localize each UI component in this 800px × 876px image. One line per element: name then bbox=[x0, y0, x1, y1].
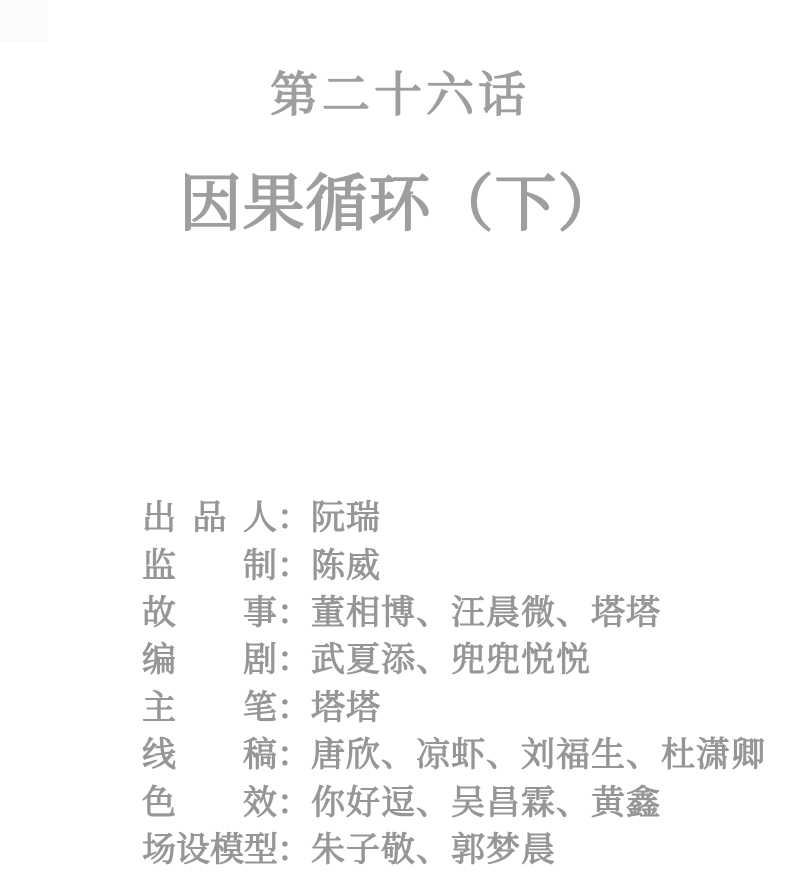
credit-colon: ： bbox=[277, 632, 311, 681]
credit-row-supervisor: 监制：陈威 bbox=[142, 538, 766, 585]
credit-names: 朱子敬、郭梦晨 bbox=[311, 822, 556, 871]
credit-names: 你好逗、吴昌霖、黄鑫 bbox=[311, 775, 661, 824]
credit-row-color-effects: 色效：你好逗、吴昌霖、黄鑫 bbox=[142, 775, 766, 822]
credit-row-lineart: 线稿：唐欣、凉虾、刘福生、杜潇卿 bbox=[142, 728, 766, 775]
credit-colon: ： bbox=[277, 727, 311, 776]
credit-colon: ： bbox=[277, 585, 311, 634]
credit-role-label: 出品人 bbox=[142, 490, 277, 539]
credit-row-screenwriter: 编剧：武夏添、兜兜悦悦 bbox=[142, 633, 766, 680]
credit-names: 陈威 bbox=[311, 538, 381, 587]
credit-colon: ： bbox=[277, 680, 311, 729]
chapter-title: 因果循环（下） bbox=[0, 174, 800, 236]
corner-artifact bbox=[0, 0, 48, 42]
credit-row-producer: 出品人：阮瑞 bbox=[142, 491, 766, 538]
credit-role-label: 主笔 bbox=[142, 680, 277, 729]
credit-role-label: 线稿 bbox=[142, 727, 277, 776]
credit-role-label: 监制 bbox=[142, 538, 277, 587]
credit-role-label: 编剧 bbox=[142, 632, 277, 681]
chapter-number: 第二十六话 bbox=[0, 72, 800, 120]
credit-row-story: 故事：董相博、汪晨微、塔塔 bbox=[142, 586, 766, 633]
credits-list: 出品人：阮瑞 监制：陈威 故事：董相博、汪晨微、塔塔 编剧：武夏添、兜兜悦悦 主… bbox=[142, 491, 766, 870]
credit-colon: ： bbox=[277, 775, 311, 824]
credit-names: 武夏添、兜兜悦悦 bbox=[311, 632, 591, 681]
credit-names: 塔塔 bbox=[311, 680, 381, 729]
credit-colon: ： bbox=[277, 822, 311, 871]
credit-names: 阮瑞 bbox=[311, 490, 381, 539]
credit-names: 唐欣、凉虾、刘福生、杜潇卿 bbox=[311, 727, 766, 776]
credit-colon: ： bbox=[277, 490, 311, 539]
credit-names: 董相博、汪晨微、塔塔 bbox=[311, 585, 661, 634]
credit-row-scene-models: 场设模型：朱子敬、郭梦晨 bbox=[142, 823, 766, 870]
credit-row-lead-artist: 主笔：塔塔 bbox=[142, 681, 766, 728]
credit-colon: ： bbox=[277, 538, 311, 587]
credit-role-label: 场设模型 bbox=[142, 822, 277, 871]
credit-role-label: 故事 bbox=[142, 585, 277, 634]
credit-role-label: 色效 bbox=[142, 775, 277, 824]
